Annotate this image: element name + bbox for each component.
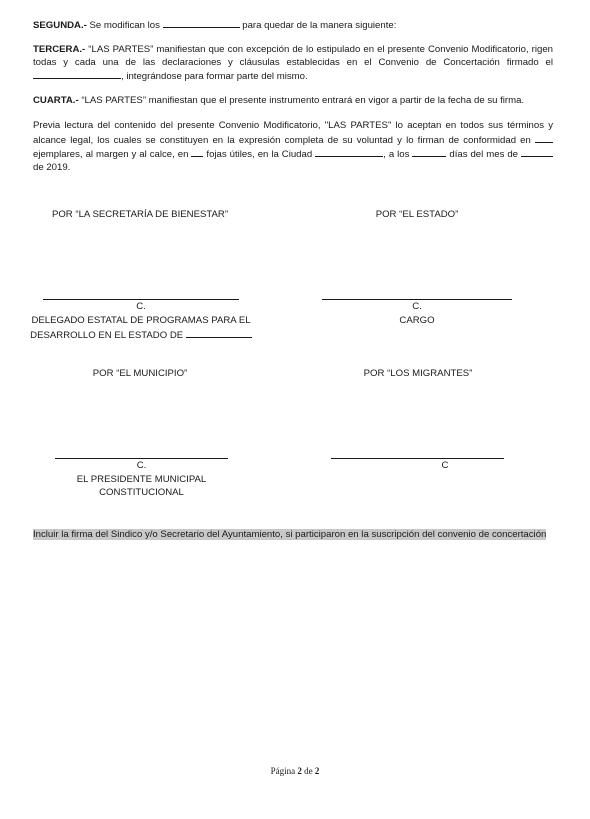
signature-name-municipio: C. (55, 460, 228, 473)
footer-label: Página (271, 766, 298, 776)
fill-in-blank[interactable] (521, 147, 553, 157)
signature-line-migrantes (331, 458, 504, 459)
signature-heading-secretaria: POR “LA SECRETARÍA DE BIENESTAR” (20, 209, 260, 222)
clause-label: CUARTA.- (33, 95, 79, 106)
signature-name-estado: C. (322, 301, 512, 314)
signature-line-municipio (55, 458, 228, 459)
closing-text: de 2019. (33, 162, 70, 173)
closing-text: , a los (383, 149, 412, 160)
title-text: DESARROLLO EN EL ESTADO DE (30, 330, 186, 341)
signature-line-estado (322, 299, 512, 300)
fill-in-blank[interactable] (33, 69, 121, 79)
clause-cuarta: CUARTA.- “LAS PARTES” manifiestan que el… (33, 95, 553, 108)
closing-text: fojas útiles, en la Ciudad (203, 149, 315, 160)
signature-title-secretaria-line1: DELEGADO ESTATAL DE PROGRAMAS PARA EL (18, 315, 264, 328)
clause-text: , integrándose para formar parte del mis… (121, 71, 308, 82)
clause-label: TERCERA.- (33, 44, 85, 55)
signature-line-secretaria (43, 299, 239, 300)
signature-heading-municipio: POR “EL MUNICIPIO” (40, 368, 240, 381)
signature-heading-migrantes: POR “LOS MIGRANTES” (318, 368, 518, 381)
clause-tercera: TERCERA.- “LAS PARTES” manifiestan que c… (33, 44, 553, 84)
footer-label: de (302, 766, 315, 776)
fill-in-blank[interactable] (412, 147, 446, 157)
note-text: Incluir la firma del Sindico y/o Secreta… (33, 529, 546, 540)
page-footer: Página 2 de 2 (0, 766, 590, 776)
highlighted-note: Incluir la firma del Sindico y/o Secreta… (33, 529, 553, 542)
clause-text: Se modifican los (87, 20, 163, 31)
signature-heading-estado: POR “EL ESTADO” (320, 209, 514, 222)
closing-text: días del mes de (446, 149, 521, 160)
clause-text: “LAS PARTES” manifiestan que con excepci… (33, 44, 553, 68)
signature-name-migrantes: C (400, 460, 490, 473)
fill-in-blank[interactable] (163, 18, 240, 28)
signature-title-estado: CARGO (322, 315, 512, 328)
clause-text: “LAS PARTES” manifiestan que el presente… (79, 95, 524, 106)
signature-title-municipio-line1: EL PRESIDENTE MUNICIPAL (40, 474, 243, 487)
clause-text: para quedar de la manera siguiente: (240, 20, 397, 31)
signature-title-secretaria-line2: DESARROLLO EN EL ESTADO DE (18, 328, 264, 343)
closing-text: ejemplares, al margen y al calce, en (33, 149, 191, 160)
closing-text: Previa lectura del contenido del present… (33, 120, 553, 146)
closing-paragraph: Previa lectura del contenido del present… (33, 120, 553, 174)
fill-in-blank[interactable] (186, 328, 252, 338)
clause-label: SEGUNDA.- (33, 20, 87, 31)
fill-in-blank[interactable] (315, 147, 383, 157)
fill-in-blank[interactable] (535, 133, 553, 143)
signature-title-municipio-line2: CONSTITUCIONAL (40, 487, 243, 500)
total-pages-number: 2 (315, 766, 320, 776)
fill-in-blank[interactable] (191, 147, 203, 157)
signature-name-secretaria: C. (43, 301, 239, 314)
clause-segunda: SEGUNDA.- Se modifican los para quedar d… (33, 18, 553, 33)
